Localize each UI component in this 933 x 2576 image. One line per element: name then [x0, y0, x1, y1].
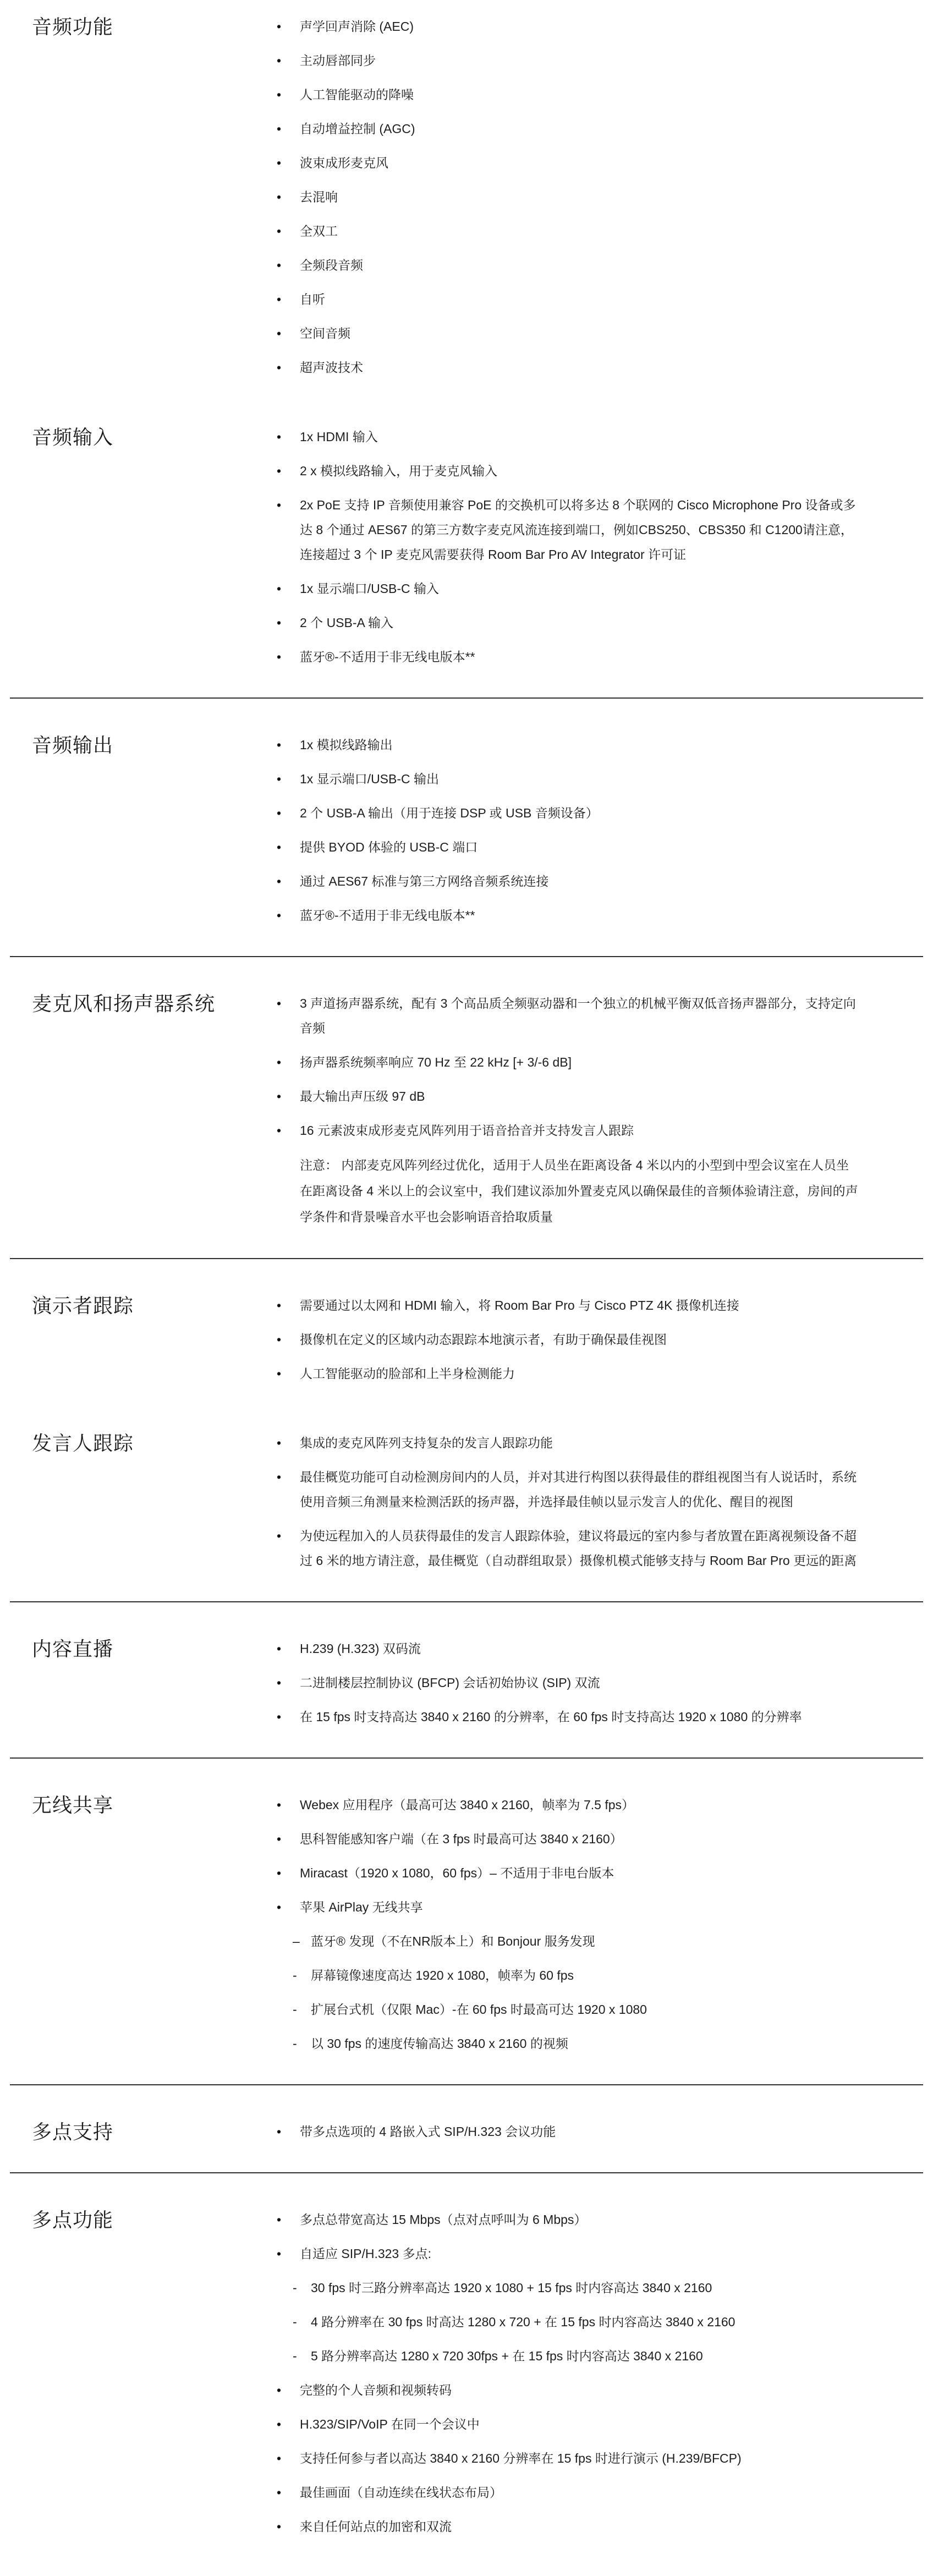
spec-item: •扬声器系统频率响应 70 Hz 至 22 kHz [+ 3/-6 dB] — [277, 1050, 860, 1075]
item-text: 完整的个人音频和视频转码 — [300, 2378, 452, 2403]
bullet-icon: • — [277, 1293, 300, 1318]
item-text: 思科智能感知客户端（在 3 fps 时最高可达 3840 x 2160） — [300, 1827, 623, 1852]
bullet-icon: • — [277, 801, 300, 826]
section-title: 无线共享 — [32, 1793, 277, 1818]
spec-item: •H.323/SIP/VoIP 在同一个会议中 — [277, 2412, 742, 2437]
spec-item: •多点总带宽高达 15 Mbps（点对点呼叫为 6 Mbps） — [277, 2207, 742, 2232]
bullet-icon: • — [277, 459, 300, 484]
item-text: 2 x 模拟线路输入，用于麦克风输入 — [300, 459, 497, 484]
spec-item: •在 15 fps 时支持高达 3840 x 2160 的分辨率，在 60 fp… — [277, 1705, 802, 1729]
section-items: •Webex 应用程序（最高可达 3840 x 2160，帧率为 7.5 fps… — [277, 1793, 647, 2066]
spec-item: •蓝牙®-不适用于非无线电版本** — [277, 903, 599, 928]
item-text: 在 15 fps 时支持高达 3840 x 2160 的分辨率，在 60 fps… — [300, 1705, 802, 1729]
item-text: 全双工 — [300, 219, 338, 244]
section-divider — [10, 1757, 923, 1759]
item-text: 自动增益控制 (AGC) — [300, 117, 415, 141]
dash-bullet-icon: - — [293, 2344, 311, 2369]
spec-item: •3 声道扬声器系统，配有 3 个高品质全频驱动器和一个独立的机械平衡双低音扬声… — [277, 991, 860, 1041]
spec-item: •Miracast（1920 x 1080，60 fps）– 不适用于非电台版本 — [277, 1861, 647, 1886]
bullet-icon: • — [277, 2514, 300, 2539]
spec-item: •集成的麦克风阵列支持复杂的发言人跟踪功能 — [277, 1431, 860, 1455]
spec-item: •需要通过以太网和 HDMI 输入，将 Room Bar Pro 与 Cisco… — [277, 1293, 739, 1318]
spec-item: •蓝牙®-不适用于非无线电版本** — [277, 645, 860, 669]
section-items: •多点总带宽高达 15 Mbps（点对点呼叫为 6 Mbps）•自适应 SIP/… — [277, 2207, 742, 2548]
bullet-icon: • — [277, 1050, 300, 1075]
spec-item: •2 个 USB-A 输入 — [277, 611, 860, 635]
bullet-icon: • — [277, 576, 300, 601]
spec-item: •人工智能驱动的降噪 — [277, 83, 415, 107]
spec-subitem: -30 fps 时三路分辨率高达 1920 x 1080 + 15 fps 时内… — [293, 2276, 742, 2300]
spec-item: •超声波技术 — [277, 355, 415, 380]
bullet-icon: • — [277, 117, 300, 141]
item-text: Webex 应用程序（最高可达 3840 x 2160，帧率为 7.5 fps） — [300, 1793, 634, 1817]
item-text: 二进制楼层控制协议 (BFCP) 会话初始协议 (SIP) 双流 — [300, 1671, 600, 1695]
spec-item: •1x 显示端口/USB-C 输出 — [277, 767, 599, 792]
spec-item: •思科智能感知客户端（在 3 fps 时最高可达 3840 x 2160） — [277, 1827, 647, 1852]
item-text: 自听 — [300, 287, 325, 312]
note-text: 注意： 内部麦克风阵列经过优化，适用于人员坐在距离设备 4 米以内的小型到中型会… — [300, 1152, 860, 1230]
spec-item: •通过 AES67 标准与第三方网络音频系统连接 — [277, 869, 599, 894]
bullet-icon: • — [277, 2119, 300, 2144]
item-text: 声学回声消除 (AEC) — [300, 14, 414, 39]
item-text: 自适应 SIP/H.323 多点: — [300, 2242, 431, 2266]
section-title: 音频输出 — [32, 733, 277, 758]
bullet-icon: • — [277, 733, 300, 757]
bullet-icon: • — [277, 1327, 300, 1352]
spec-item: •最大输出声压级 97 dB — [277, 1084, 860, 1109]
spec-item: •Webex 应用程序（最高可达 3840 x 2160，帧率为 7.5 fps… — [277, 1793, 647, 1817]
spec-item: •自动增益控制 (AGC) — [277, 117, 415, 141]
item-text: 2x PoE 支持 IP 音频使用兼容 PoE 的交换机可以将多达 8 个联网的… — [300, 493, 860, 567]
bullet-icon: • — [277, 14, 300, 39]
spec-subitem: -5 路分辨率高达 1280 x 720 30fps + 在 15 fps 时内… — [293, 2344, 742, 2369]
item-text: 提供 BYOD 体验的 USB-C 端口 — [300, 835, 478, 860]
spec-section-7: 内容直播 •H.239 (H.323) 双码流•二进制楼层控制协议 (BFCP)… — [0, 1636, 933, 1750]
spec-section-10: 多点功能 •多点总带宽高达 15 Mbps（点对点呼叫为 6 Mbps）•自适应… — [0, 2207, 933, 2559]
item-text: 摄像机在定义的区域内动态跟踪本地演示者，有助于确保最佳视图 — [300, 1327, 667, 1352]
item-text: 屏幕镜像速度高达 1920 x 1080，帧率为 60 fps — [311, 1963, 574, 1988]
section-items: •需要通过以太网和 HDMI 输入，将 Room Bar Pro 与 Cisco… — [277, 1293, 739, 1396]
bullet-icon: • — [277, 2480, 300, 2505]
item-text: 5 路分辨率高达 1280 x 720 30fps + 在 15 fps 时内容… — [311, 2344, 703, 2369]
spec-item: •自适应 SIP/H.323 多点: — [277, 2242, 742, 2266]
spec-item: •2x PoE 支持 IP 音频使用兼容 PoE 的交换机可以将多达 8 个联网… — [277, 493, 860, 567]
spec-item: •声学回声消除 (AEC) — [277, 14, 415, 39]
item-text: 需要通过以太网和 HDMI 输入，将 Room Bar Pro 与 Cisco … — [300, 1293, 739, 1318]
item-text: H.323/SIP/VoIP 在同一个会议中 — [300, 2412, 480, 2437]
bullet-icon: • — [277, 2207, 300, 2232]
section-title: 多点支持 — [32, 2119, 277, 2145]
bullet-icon: • — [277, 1793, 300, 1817]
spec-item: •1x 显示端口/USB-C 输入 — [277, 576, 860, 601]
section-title: 麦克风和扬声器系统 — [32, 991, 277, 1017]
spec-item: •带多点选项的 4 路嵌入式 SIP/H.323 会议功能 — [277, 2119, 556, 2144]
bullet-icon: • — [277, 185, 300, 210]
section-divider — [10, 1258, 923, 1259]
spec-item: •苹果 AirPlay 无线共享 — [277, 1895, 647, 1920]
spec-item: •空间音频 — [277, 321, 415, 346]
section-items: •H.239 (H.323) 双码流•二进制楼层控制协议 (BFCP) 会话初始… — [277, 1636, 802, 1739]
item-text: 集成的麦克风阵列支持复杂的发言人跟踪功能 — [300, 1431, 553, 1455]
bullet-icon: • — [277, 355, 300, 380]
item-text: 为使远程加入的人员获得最佳的发言人跟踪体验，建议将最远的室内参与者放置在距离视频… — [300, 1524, 860, 1573]
item-text: 通过 AES67 标准与第三方网络音频系统连接 — [300, 869, 548, 894]
section-items: •3 声道扬声器系统，配有 3 个高品质全频驱动器和一个独立的机械平衡双低音扬声… — [277, 991, 860, 1239]
spec-item: •人工智能驱动的脸部和上半身检测能力 — [277, 1361, 739, 1386]
spec-section-9: 多点支持 •带多点选项的 4 路嵌入式 SIP/H.323 会议功能 — [0, 2119, 933, 2165]
item-text: 带多点选项的 4 路嵌入式 SIP/H.323 会议功能 — [300, 2119, 556, 2144]
spec-item: •去混响 — [277, 185, 415, 210]
spec-item: •全频段音频 — [277, 253, 415, 278]
item-text: 主动唇部同步 — [300, 48, 376, 73]
dash-bullet-icon: - — [293, 2310, 311, 2335]
dash-bullet-icon: - — [293, 1997, 311, 2022]
spec-item: •16 元素波束成形麦克风阵列用于语音拾音并支持发言人跟踪 — [277, 1118, 860, 1143]
item-text: 最佳画面（自动连续在线状态布局） — [300, 2480, 502, 2505]
bullet-icon: • — [277, 611, 300, 635]
spec-item: •自听 — [277, 287, 415, 312]
bullet-icon: • — [277, 2412, 300, 2437]
spec-item: •提供 BYOD 体验的 USB-C 端口 — [277, 835, 599, 860]
item-text: 扩展台式机（仅限 Mac）-在 60 fps 时最高可达 1920 x 1080 — [311, 1997, 647, 2022]
section-items: •带多点选项的 4 路嵌入式 SIP/H.323 会议功能 — [277, 2119, 556, 2154]
spec-subitem: -屏幕镜像速度高达 1920 x 1080，帧率为 60 fps — [293, 1963, 647, 1988]
section-items: •1x 模拟线路输出•1x 显示端口/USB-C 输出•2 个 USB-A 输出… — [277, 733, 599, 937]
item-text: 1x 显示端口/USB-C 输入 — [300, 576, 439, 601]
item-text: 16 元素波束成形麦克风阵列用于语音拾音并支持发言人跟踪 — [300, 1118, 634, 1143]
spec-section-2: 音频输入 •1x HDMI 输入•2 x 模拟线路输入，用于麦克风输入•2x P… — [0, 400, 933, 690]
item-text: 最大输出声压级 97 dB — [300, 1084, 425, 1109]
bullet-icon: • — [277, 493, 300, 567]
dash-bullet-icon: - — [293, 2031, 311, 2056]
bullet-icon: • — [277, 1671, 300, 1695]
spec-item: •1x HDMI 输入 — [277, 425, 860, 449]
bullet-icon: • — [277, 1084, 300, 1109]
section-title: 音频功能 — [32, 14, 277, 40]
spec-section-1: 音频功能 •声学回声消除 (AEC)•主动唇部同步•人工智能驱动的降噪•自动增益… — [0, 14, 933, 400]
spec-section-6: 发言人跟踪 •集成的麦克风阵列支持复杂的发言人跟踪功能•最佳概览功能可自动检测房… — [0, 1407, 933, 1594]
bullet-icon: • — [277, 1895, 300, 1920]
item-text: 来自任何站点的加密和双流 — [300, 2514, 452, 2539]
item-text: 1x HDMI 输入 — [300, 425, 378, 449]
bullet-icon: • — [277, 1118, 300, 1143]
section-title: 演示者跟踪 — [32, 1293, 277, 1319]
bullet-icon: • — [277, 253, 300, 278]
item-text: 支持任何参与者以高达 3840 x 2160 分辨率在 15 fps 时进行演示… — [300, 2446, 742, 2471]
bullet-icon: • — [277, 869, 300, 894]
item-text: 2 个 USB-A 输入 — [300, 611, 393, 635]
spec-item: •主动唇部同步 — [277, 48, 415, 73]
spec-item: •波束成形麦克风 — [277, 151, 415, 175]
section-title: 多点功能 — [32, 2207, 277, 2233]
bullet-icon: • — [277, 48, 300, 73]
spec-document: 音频功能 •声学回声消除 (AEC)•主动唇部同步•人工智能驱动的降噪•自动增益… — [0, 0, 933, 2576]
item-text: 最佳概览功能可自动检测房间内的人员，并对其进行构图以获得最佳的群组视图当有人说话… — [300, 1465, 860, 1514]
spec-item: •1x 模拟线路输出 — [277, 733, 599, 757]
item-text: 扬声器系统频率响应 70 Hz 至 22 kHz [+ 3/-6 dB] — [300, 1050, 572, 1075]
item-text: 人工智能驱动的脸部和上半身检测能力 — [300, 1361, 515, 1386]
item-text: 波束成形麦克风 — [300, 151, 388, 175]
section-title: 发言人跟踪 — [32, 1431, 277, 1456]
item-text: 30 fps 时三路分辨率高达 1920 x 1080 + 15 fps 时内容… — [311, 2276, 712, 2300]
bullet-icon: • — [277, 1361, 300, 1386]
item-text: 3 声道扬声器系统，配有 3 个高品质全频驱动器和一个独立的机械平衡双低音扬声器… — [300, 991, 860, 1041]
spec-section-5: 演示者跟踪 •需要通过以太网和 HDMI 输入，将 Room Bar Pro 与… — [0, 1293, 933, 1407]
item-text: 全频段音频 — [300, 253, 363, 278]
spec-item: •最佳画面（自动连续在线状态布局） — [277, 2480, 742, 2505]
item-text: H.239 (H.323) 双码流 — [300, 1636, 421, 1661]
spec-subitem: -以 30 fps 的速度传输高达 3840 x 2160 的视频 — [293, 2031, 647, 2056]
section-divider — [10, 1601, 923, 1602]
spec-item: •来自任何站点的加密和双流 — [277, 2514, 742, 2539]
bullet-icon: • — [277, 2242, 300, 2266]
section-title: 内容直播 — [32, 1636, 277, 1662]
item-text: 蓝牙®-不适用于非无线电版本** — [300, 903, 475, 928]
bullet-icon: • — [277, 83, 300, 107]
spec-section-3: 音频输出 •1x 模拟线路输出•1x 显示端口/USB-C 输出•2 个 USB… — [0, 733, 933, 948]
spec-item: •最佳概览功能可自动检测房间内的人员，并对其进行构图以获得最佳的群组视图当有人说… — [277, 1465, 860, 1514]
bullet-icon: • — [277, 2378, 300, 2403]
item-text: 去混响 — [300, 185, 338, 210]
bullet-icon: • — [277, 1636, 300, 1661]
bullet-icon: • — [277, 219, 300, 244]
bullet-icon: • — [277, 767, 300, 792]
item-text: Miracast（1920 x 1080，60 fps）– 不适用于非电台版本 — [300, 1861, 614, 1886]
section-divider — [10, 956, 923, 957]
bullet-icon: • — [277, 287, 300, 312]
item-text: 1x 显示端口/USB-C 输出 — [300, 767, 439, 792]
section-items: •声学回声消除 (AEC)•主动唇部同步•人工智能驱动的降噪•自动增益控制 (A… — [277, 14, 415, 389]
section-title: 音频输入 — [32, 425, 277, 450]
dash-bullet-icon: - — [293, 2276, 311, 2300]
spec-subitem: -扩展台式机（仅限 Mac）-在 60 fps 时最高可达 1920 x 108… — [293, 1997, 647, 2022]
bullet-icon: • — [277, 991, 300, 1041]
bullet-icon: • — [277, 1431, 300, 1455]
section-items: •集成的麦克风阵列支持复杂的发言人跟踪功能•最佳概览功能可自动检测房间内的人员，… — [277, 1431, 860, 1583]
bullet-icon: • — [277, 1705, 300, 1729]
spec-item: •完整的个人音频和视频转码 — [277, 2378, 742, 2403]
section-divider — [10, 697, 923, 699]
spec-item: •2 个 USB-A 输出（用于连接 DSP 或 USB 音频设备） — [277, 801, 599, 826]
item-text: 多点总带宽高达 15 Mbps（点对点呼叫为 6 Mbps） — [300, 2207, 586, 2232]
item-text: 超声波技术 — [300, 355, 363, 380]
bullet-icon: • — [277, 1465, 300, 1514]
spec-item: •全双工 — [277, 219, 415, 244]
bullet-icon: • — [277, 425, 300, 449]
bullet-icon: • — [277, 321, 300, 346]
bullet-icon: • — [277, 1524, 300, 1573]
item-text: 人工智能驱动的降噪 — [300, 83, 414, 107]
dash-bullet-icon: - — [293, 1963, 311, 1988]
spec-section-8: 无线共享 •Webex 应用程序（最高可达 3840 x 2160，帧率为 7.… — [0, 1793, 933, 2077]
section-divider — [10, 2172, 923, 2173]
spec-item: •2 x 模拟线路输入，用于麦克风输入 — [277, 459, 860, 484]
section-items: •1x HDMI 输入•2 x 模拟线路输入，用于麦克风输入•2x PoE 支持… — [277, 425, 860, 679]
item-text: 空间音频 — [300, 321, 350, 346]
item-text: 2 个 USB-A 输出（用于连接 DSP 或 USB 音频设备） — [300, 801, 599, 826]
item-text: 4 路分辨率在 30 fps 时高达 1280 x 720 + 在 15 fps… — [311, 2310, 735, 2335]
bullet-icon: • — [277, 1861, 300, 1886]
section-divider — [10, 2084, 923, 2085]
bullet-icon: • — [277, 645, 300, 669]
item-text: 以 30 fps 的速度传输高达 3840 x 2160 的视频 — [311, 2031, 568, 2056]
item-text: 1x 模拟线路输出 — [300, 733, 393, 757]
item-text: 蓝牙®-不适用于非无线电版本** — [300, 645, 475, 669]
spec-item: •H.239 (H.323) 双码流 — [277, 1636, 802, 1661]
spec-subitem: -4 路分辨率在 30 fps 时高达 1280 x 720 + 在 15 fp… — [293, 2310, 742, 2335]
item-text: 蓝牙® 发现（不在NR版本上）和 Bonjour 服务发现 — [311, 1929, 595, 1954]
spec-item: •支持任何参与者以高达 3840 x 2160 分辨率在 15 fps 时进行演… — [277, 2446, 742, 2471]
bullet-icon: • — [277, 151, 300, 175]
dash-bullet-icon: – — [293, 1929, 311, 1954]
spec-item: •二进制楼层控制协议 (BFCP) 会话初始协议 (SIP) 双流 — [277, 1671, 802, 1695]
bullet-icon: • — [277, 903, 300, 928]
bullet-icon: • — [277, 2446, 300, 2471]
spec-item: •为使远程加入的人员获得最佳的发言人跟踪体验，建议将最远的室内参与者放置在距离视… — [277, 1524, 860, 1573]
spec-section-4: 麦克风和扬声器系统 •3 声道扬声器系统，配有 3 个高品质全频驱动器和一个独立… — [0, 991, 933, 1250]
spec-subitem: –蓝牙® 发现（不在NR版本上）和 Bonjour 服务发现 — [293, 1929, 647, 1954]
bullet-icon: • — [277, 1827, 300, 1852]
spec-item: •摄像机在定义的区域内动态跟踪本地演示者，有助于确保最佳视图 — [277, 1327, 739, 1352]
bullet-icon: • — [277, 835, 300, 860]
item-text: 苹果 AirPlay 无线共享 — [300, 1895, 423, 1920]
